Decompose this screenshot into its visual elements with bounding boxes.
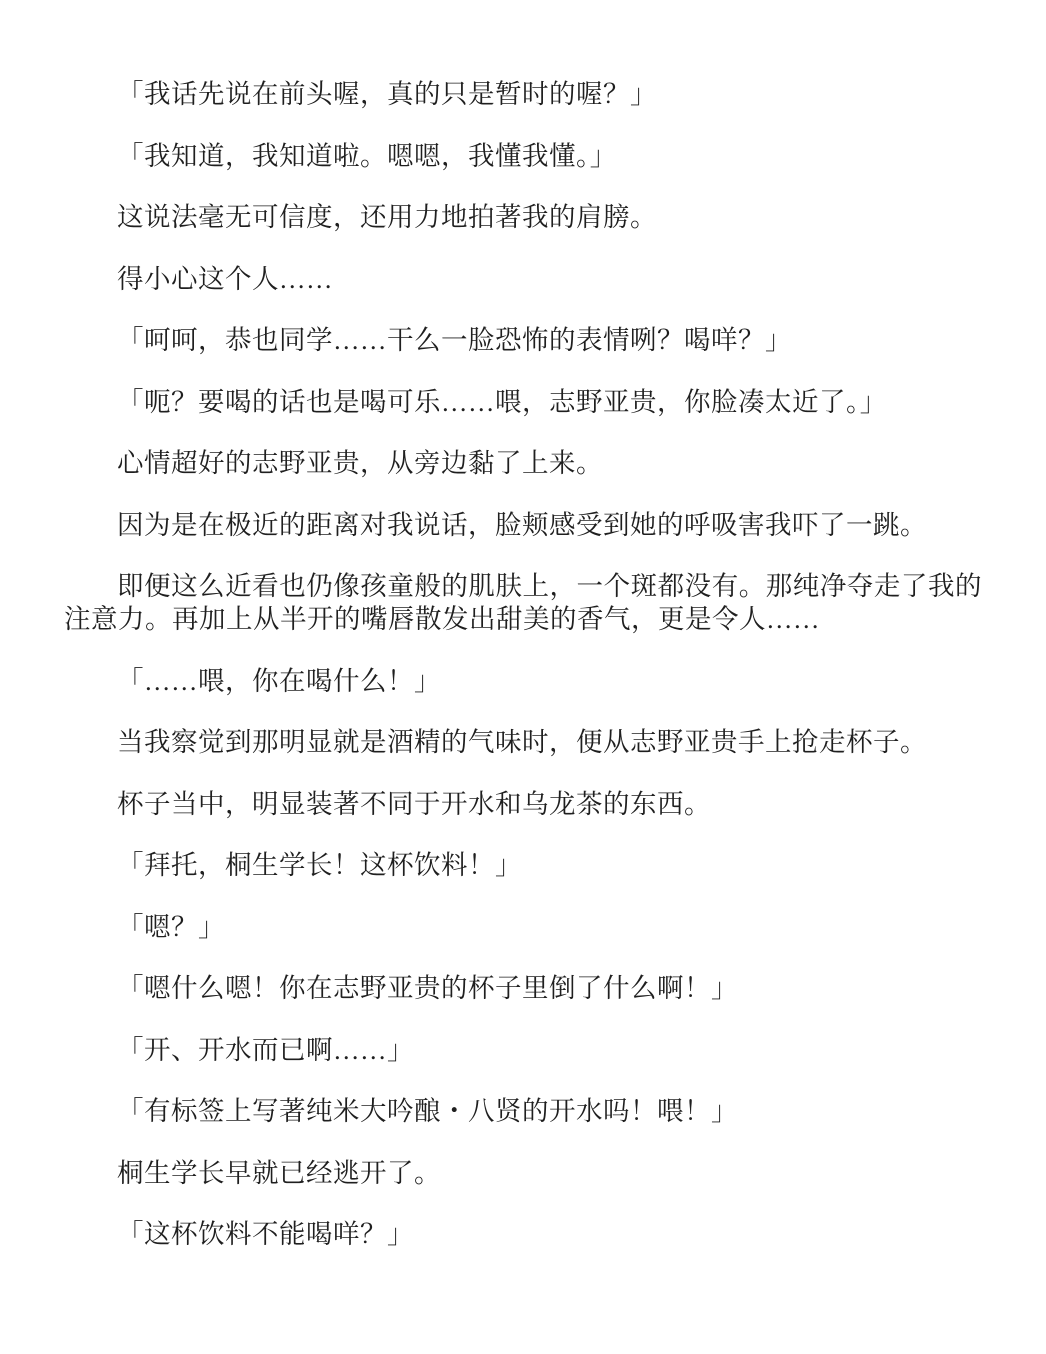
narration-line: 得小心这个人…… [64,263,982,296]
narration-line: 桐生学长早就已经逃开了。 [64,1157,982,1190]
narration-line: 这说法毫无可信度，还用力地拍著我的肩膀。 [64,201,982,234]
narration-line: 即便这么近看也仍像孩童般的肌肤上，一个斑都没有。那纯净夺走了我的注意力。再加上从… [64,570,982,636]
novel-page: 「我话先说在前头喔，真的只是暂时的喔？」 「我知道，我知道啦。嗯嗯，我懂我懂。」… [0,0,1046,1354]
narration-line: 心情超好的志野亚贵，从旁边黏了上来。 [64,447,982,480]
narration-line: 当我察觉到那明显就是酒精的气味时，便从志野亚贵手上抢走杯子。 [64,726,982,759]
dialogue-line: 「我话先说在前头喔，真的只是暂时的喔？」 [64,78,982,111]
dialogue-line: 「……喂，你在喝什么！」 [64,665,982,698]
dialogue-line: 「嗯什么嗯！你在志野亚贵的杯子里倒了什么啊！」 [64,972,982,1005]
narration-line: 因为是在极近的距离对我说话，脸颊感受到她的呼吸害我吓了一跳。 [64,509,982,542]
dialogue-line: 「呵呵，恭也同学……干么一脸恐怖的表情咧？喝咩？」 [64,324,982,357]
dialogue-line: 「这杯饮料不能喝咩？」 [64,1218,982,1251]
narration-line: 杯子当中，明显装著不同于开水和乌龙茶的东西。 [64,788,982,821]
dialogue-line: 「开、开水而已啊……」 [64,1034,982,1067]
dialogue-line: 「拜托，桐生学长！这杯饮料！」 [64,849,982,882]
dialogue-line: 「呃？要喝的话也是喝可乐……喂，志野亚贵，你脸凑太近了。」 [64,386,982,419]
dialogue-line: 「有标签上写著纯米大吟酿・八贤的开水吗！喂！」 [64,1095,982,1128]
dialogue-line: 「我知道，我知道啦。嗯嗯，我懂我懂。」 [64,140,982,173]
dialogue-line: 「嗯？」 [64,911,982,944]
